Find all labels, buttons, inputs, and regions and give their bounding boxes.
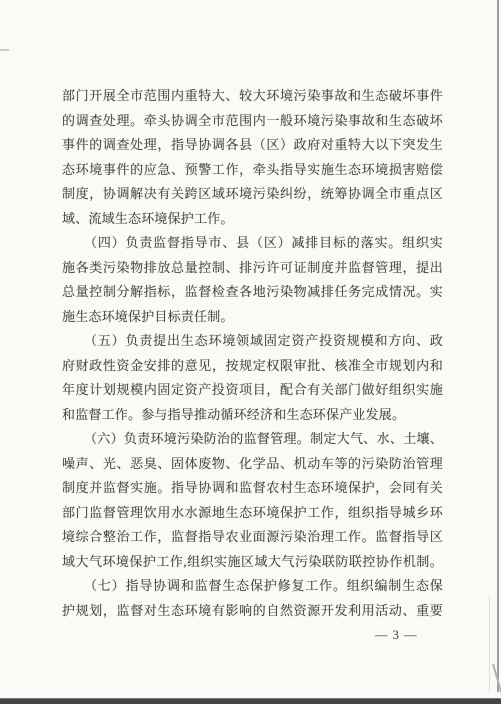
document-line-paragraph-start: （七）指导协调和监督生态保护修复工作。组织编制生态保	[62, 574, 443, 599]
document-line: 和监督工作。参与指导推动循环经济和生态环保产业发展。	[62, 403, 443, 428]
document-line: 制度并监督实施。指导协调和监督农村生态环境保护，会同有关	[62, 476, 443, 501]
document-line: 态环境事件的应急、预警工作，牵头指导实施生态环境损害赔偿	[62, 158, 443, 183]
document-line: 境综合整治工作，监督指导农业面源污染治理工作。监督指导区	[62, 525, 443, 550]
scan-artifact-page-edge-faint	[489, 596, 490, 692]
document-line: 部门监督管理饮用水水源地生态环境保护工作，组织指导城乡环	[62, 501, 443, 526]
document-line: 的调查处理。牵头协调全市范围内一般环境污染事故和生态破坏	[62, 109, 443, 134]
scan-artifact-page-edge	[497, 0, 499, 692]
document-line-paragraph-start: （六）负责环境污染防治的监督管理。制定大气、水、土壤、	[62, 427, 443, 452]
document-line: 施生态环境保护目标责任制。	[62, 305, 443, 330]
document-line: 域、流域生态环境保护工作。	[62, 207, 443, 232]
document-line: 护规划，监督对生态环境有影响的自然资源开发利用活动、重要	[62, 599, 443, 624]
document-line: 年度计划规模内固定资产投资项目，配合有关部门做好组织实施	[62, 378, 443, 403]
page-number: — 3 —	[375, 628, 418, 643]
document-line: 施各类污染物排放总量控制、排污许可证制度并监督管理，提出	[62, 256, 443, 281]
document-line: 噪声、光、恶臭、固体废物、化学品、机动车等的污染防治管理	[62, 452, 443, 477]
scan-artifact-corner-dash	[0, 49, 9, 51]
document-page: 部门开展全市范围内重特大、较大环境污染事故和生态破坏事件 的调查处理。牵头协调全…	[0, 0, 501, 704]
document-line: 府财政性资金安排的意见，按规定权限审批、核准全市规划内和	[62, 354, 443, 379]
document-line: 制度，协调解决有关跨区域环境污染纠纷，统筹协调全市重点区	[62, 182, 443, 207]
document-line: 域大气环境保护工作,组织实施区域大气污染联防联控协作机制。	[62, 550, 443, 575]
document-text-block: 部门开展全市范围内重特大、较大环境污染事故和生态破坏事件 的调查处理。牵头协调全…	[62, 84, 443, 623]
document-line-paragraph-start: （四）负责监督指导市、县（区）减排目标的落实。组织实	[62, 231, 443, 256]
document-line-paragraph-start: （五）负责提出生态环境领域固定资产投资规模和方向、政	[62, 329, 443, 354]
scanner-bottom-strip	[0, 698, 501, 704]
document-line: 事件的调查处理，指导协调各县（区）政府对重特大以下突发生	[62, 133, 443, 158]
document-line: 总量控制分解指标，监督检查各地污染物减排任务完成情况。实	[62, 280, 443, 305]
document-line: 部门开展全市范围内重特大、较大环境污染事故和生态破坏事件	[62, 84, 443, 109]
